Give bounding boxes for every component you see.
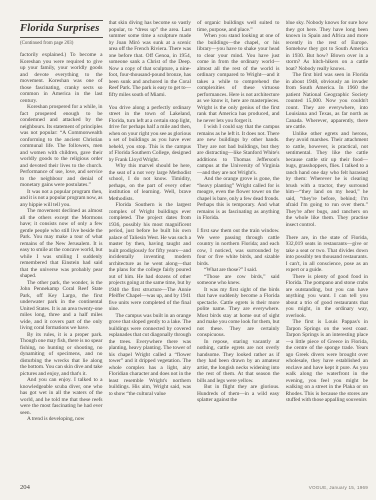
paragraph: There is plenty of good food in Florida.… (286, 274, 369, 320)
paragraph: You drive along a perfectly ordinary str… (109, 105, 192, 164)
paragraph: I wish I could say that the campus remai… (197, 124, 280, 176)
paragraph: Florida Southern is the largest complex … (109, 202, 192, 313)
paragraph: A trend is developing, now (20, 416, 103, 423)
paragraph: By its rules, it is a proper park. Thoug… (20, 332, 103, 378)
paragraph: The other park, the wonder, is the John … (20, 280, 103, 332)
text-column-2: that skin diving has become so vastly po… (109, 20, 192, 480)
paragraph: It was not a popular program then, and i… (20, 189, 103, 209)
paragraph: In repose, staring vacantly at nothing, … (197, 339, 280, 385)
article-title: Florida Surprises (20, 23, 103, 34)
text-column-4: blue sky. Nobody knows for sure how they… (286, 20, 369, 480)
paragraph: But in flight they are glorious. Hundred… (197, 384, 280, 404)
column-1-text: factorily explained.) To become a Koresh… (20, 52, 103, 423)
text-column-1: Florida Surprises (Continued from page 2… (20, 20, 103, 480)
text-column-3: of organic buildings well suited to time… (197, 20, 280, 480)
paragraph: I first saw them out the train window. W… (197, 228, 280, 267)
paragraph: Unlike other egrets and herons, they avo… (286, 131, 369, 229)
page-footer: 204 VOGUE, January 15, 1969 (20, 484, 368, 491)
page-number: 204 (20, 484, 30, 491)
paragraph: And you can enjoy. I talked to a knowled… (20, 377, 103, 416)
paragraph: The movement declined as almost all the … (20, 208, 103, 280)
paragraph: It was my first sight of the birds that … (197, 287, 280, 339)
magazine-credit: VOGUE, January 15, 1969 (309, 485, 368, 490)
paragraph: And the orange grove is gone, the “heavy… (197, 176, 280, 222)
header-rule-top (20, 20, 103, 21)
paragraph: blue sky. Nobody knows for sure how they… (286, 20, 369, 72)
paragraph: “Those are cow birds,” said someone who … (197, 274, 280, 287)
column-2-text: that skin diving has become so vastly po… (109, 20, 192, 397)
paragraph: of organic buildings well suited to time… (197, 20, 280, 33)
paragraph: that skin diving has become so vastly po… (109, 20, 192, 98)
magazine-page: Florida Surprises (Continued from page 2… (0, 0, 376, 500)
column-4-text: blue sky. Nobody knows for sure how they… (286, 20, 369, 404)
paragraph: The campus was built in an orange grove … (109, 313, 192, 398)
column-3-text: of organic buildings well suited to time… (197, 20, 280, 404)
article-header: Florida Surprises (Continued from page 2… (20, 20, 103, 46)
paragraph: Why this marvel should be here, the seat… (109, 163, 192, 202)
paragraph: When you stand looking at one of the bui… (197, 33, 280, 124)
paragraph: Koreshan prospered for a while, in fact … (20, 104, 103, 189)
paragraph: There are, in the state of Florida, 932,… (286, 235, 369, 274)
paragraph: factorily explained.) To become a Koresh… (20, 52, 103, 104)
paragraph: The first bird was seen in Florida in ab… (286, 72, 369, 131)
continued-from-note: (Continued from page 203) (20, 41, 103, 46)
paragraph: The first is Louis Pappas's in Tarpon Sp… (286, 319, 369, 404)
header-rule-bottom (20, 37, 103, 38)
article-columns: Florida Surprises (Continued from page 2… (20, 20, 368, 480)
